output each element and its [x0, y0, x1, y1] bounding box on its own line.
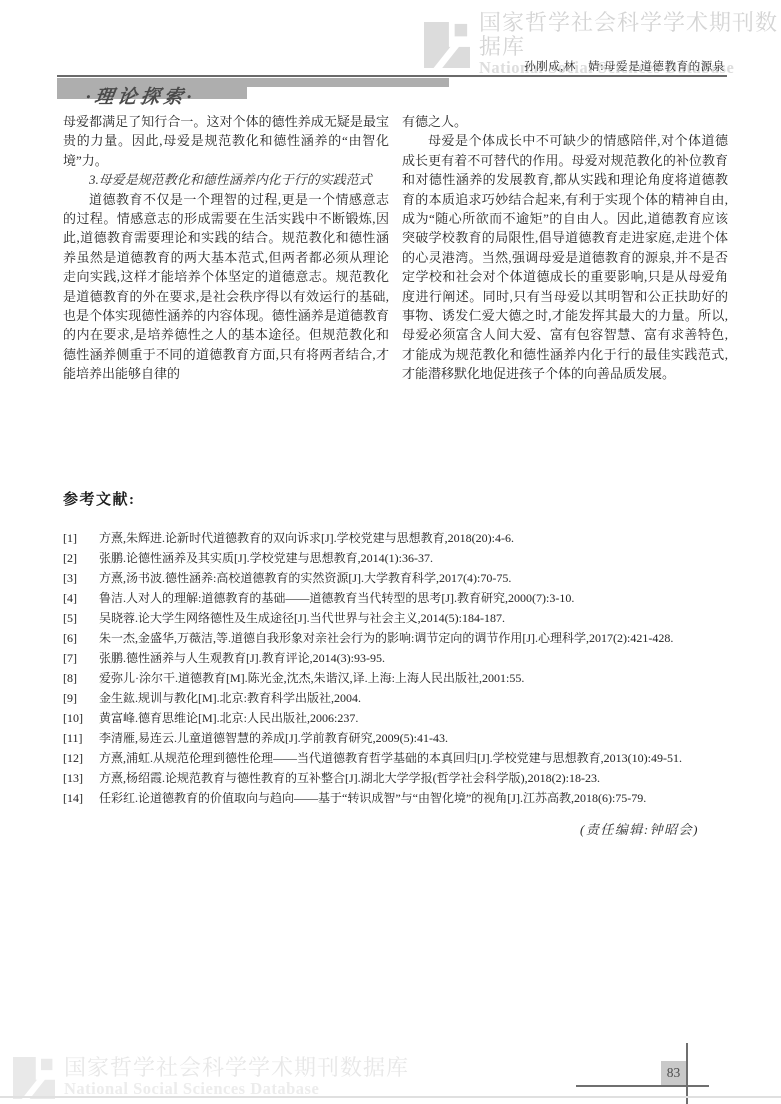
watermark-cn-text: 国家哲学社会科学学术期刊数据库 [479, 11, 781, 59]
references-heading: 参考文献: [63, 488, 136, 509]
reference-number: [9] [63, 688, 99, 708]
reference-text: 方熹,杨绍霞.论规范教育与德性教育的互补整合[J].湖北大学学报(哲学社会科学版… [99, 768, 745, 788]
reference-text: 爱弥儿·涂尔干.道德教育[M].陈光金,沈杰,朱谐汉,译.上海:上海人民出版社,… [99, 668, 745, 688]
reference-number: [11] [63, 728, 99, 748]
editor-note: (责任编辑:钟昭会) [580, 819, 699, 838]
reference-item: [7]张鹏.德性涵养与人生观教育[J].教育评论,2014(3):93-95. [63, 648, 745, 668]
reference-item: [11]李清雁,易连云.儿童道德智慧的养成[J].学前教育研究,2009(5):… [63, 728, 745, 748]
reference-number: [4] [63, 588, 99, 608]
reference-number: [7] [63, 648, 99, 668]
article-body: 母爱都满足了知行合一。这对个体的德性养成无疑是最宝贵的力量。因此,母爱是规范教化… [63, 112, 728, 384]
reference-number: [3] [63, 568, 99, 588]
reference-text: 金生鈜.规训与教化[M].北京:教育科学出版社,2004. [99, 688, 745, 708]
reference-text: 方熹,浦虹.从规范伦理到德性伦理——当代道德教育哲学基础的本真回归[J].学校党… [99, 748, 745, 768]
reference-number: [8] [63, 668, 99, 688]
nssd-logo-icon [13, 1057, 55, 1099]
reference-item: [12]方熹,浦虹.从规范伦理到德性伦理——当代道德教育哲学基础的本真回归[J]… [63, 748, 745, 768]
subsection-heading: 3.母爱是规范教化和德性涵养内化于行的实践范式 [63, 170, 389, 189]
reference-item: [4]鲁洁.人对人的理解:道德教育的基础——道德教育当代转型的思考[J].教育研… [63, 588, 745, 608]
right-column: 有德之人。 母爱是个体成长中不可缺少的情感陪伴,对个体道德成长更有着不可替代的作… [402, 112, 728, 384]
bottom-edge-line [0, 1096, 781, 1098]
footer-rule-horizontal [576, 1085, 709, 1087]
reference-number: [14] [63, 788, 99, 808]
reference-number: [13] [63, 768, 99, 788]
left-column: 母爱都满足了知行合一。这对个体的德性养成无疑是最宝贵的力量。因此,母爱是规范教化… [63, 112, 389, 384]
reference-text: 黄富峰.德育思维论[M].北京:人民出版社,2006:237. [99, 708, 745, 728]
reference-text: 方熹,朱辉进.论新时代道德教育的双向诉求[J].学校党建与思想教育,2018(2… [99, 528, 745, 548]
reference-item: [13]方熹,杨绍霞.论规范教育与德性教育的互补整合[J].湖北大学学报(哲学社… [63, 768, 745, 788]
watermark-bottom: 国家哲学社会科学学术期刊数据库 National Social Sciences… [13, 1056, 409, 1099]
paragraph-continuation: 有德之人。 [402, 112, 728, 131]
reference-item: [2]张鹏.论德性涵养及其实质[J].学校党建与思想教育,2014(1):36-… [63, 548, 745, 568]
reference-item: [8]爱弥儿·涂尔干.道德教育[M].陈光金,沈杰,朱谐汉,译.上海:上海人民出… [63, 668, 745, 688]
reference-text: 李清雁,易连云.儿童道德智慧的养成[J].学前教育研究,2009(5):41-4… [99, 728, 745, 748]
paragraph: 母爱是个体成长中不可缺少的情感陪伴,对个体道德成长更有着不可替代的作用。母爱对规… [402, 131, 728, 383]
section-banner-label: ·理论探索· [84, 82, 197, 109]
running-head-title: 孙刚成,林 婧:母爱是道德教育的源泉 [524, 58, 725, 74]
reference-text: 鲁洁.人对人的理解:道德教育的基础——道德教育当代转型的思考[J].教育研究,2… [99, 588, 745, 608]
reference-item: [1]方熹,朱辉进.论新时代道德教育的双向诉求[J].学校党建与思想教育,201… [63, 528, 745, 548]
journal-page: 国家哲学社会科学学术期刊数据库 National Social Sciences… [0, 0, 781, 1104]
paragraph: 道德教育不仅是一个理智的过程,更是一个情感意志的过程。情感意志的形成需要在生活实… [63, 190, 389, 384]
reference-item: [14]任彩红.论道德教育的价值取向与趋向——基于“转识成智”与“由智化境”的视… [63, 788, 745, 808]
nssd-logo-icon [424, 22, 470, 68]
reference-text: 任彩红.论道德教育的价值取向与趋向——基于“转识成智”与“由智化境”的视角[J]… [99, 788, 745, 808]
reference-item: [5]吴晓蓉.论大学生网络德性及生成途径[J].当代世界与社会主义,2014(5… [63, 608, 745, 628]
reference-number: [6] [63, 628, 99, 648]
reference-item: [10]黄富峰.德育思维论[M].北京:人民出版社,2006:237. [63, 708, 745, 728]
reference-item: [6]朱一杰,金盛华,万薇洁,等.道德自我形象对亲社会行为的影响:调节定向的调节… [63, 628, 745, 648]
reference-item: [9]金生鈜.规训与教化[M].北京:教育科学出版社,2004. [63, 688, 745, 708]
header-rule [57, 75, 727, 77]
reference-number: [1] [63, 528, 99, 548]
reference-number: [10] [63, 708, 99, 728]
reference-text: 张鹏.论德性涵养及其实质[J].学校党建与思想教育,2014(1):36-37. [99, 548, 745, 568]
reference-number: [12] [63, 748, 99, 768]
reference-text: 朱一杰,金盛华,万薇洁,等.道德自我形象对亲社会行为的影响:调节定向的调节作用[… [99, 628, 745, 648]
paragraph-continuation: 母爱都满足了知行合一。这对个体的德性养成无疑是最宝贵的力量。因此,母爱是规范教化… [63, 112, 389, 170]
watermark-cn-text: 国家哲学社会科学学术期刊数据库 [64, 1056, 409, 1080]
reference-item: [3]方熹,汤书波.德性涵养:高校道德教育的实然资源[J].大学教育科学,201… [63, 568, 745, 588]
reference-number: [2] [63, 548, 99, 568]
references-list: [1]方熹,朱辉进.论新时代道德教育的双向诉求[J].学校党建与思想教育,201… [63, 528, 745, 808]
reference-text: 吴晓蓉.论大学生网络德性及生成途径[J].当代世界与社会主义,2014(5):1… [99, 608, 745, 628]
reference-text: 张鹏.德性涵养与人生观教育[J].教育评论,2014(3):93-95. [99, 648, 745, 668]
reference-text: 方熹,汤书波.德性涵养:高校道德教育的实然资源[J].大学教育科学,2017(4… [99, 568, 745, 588]
footer-rule-vertical [686, 1043, 688, 1104]
reference-number: [5] [63, 608, 99, 628]
page-number: 83 [661, 1061, 686, 1085]
